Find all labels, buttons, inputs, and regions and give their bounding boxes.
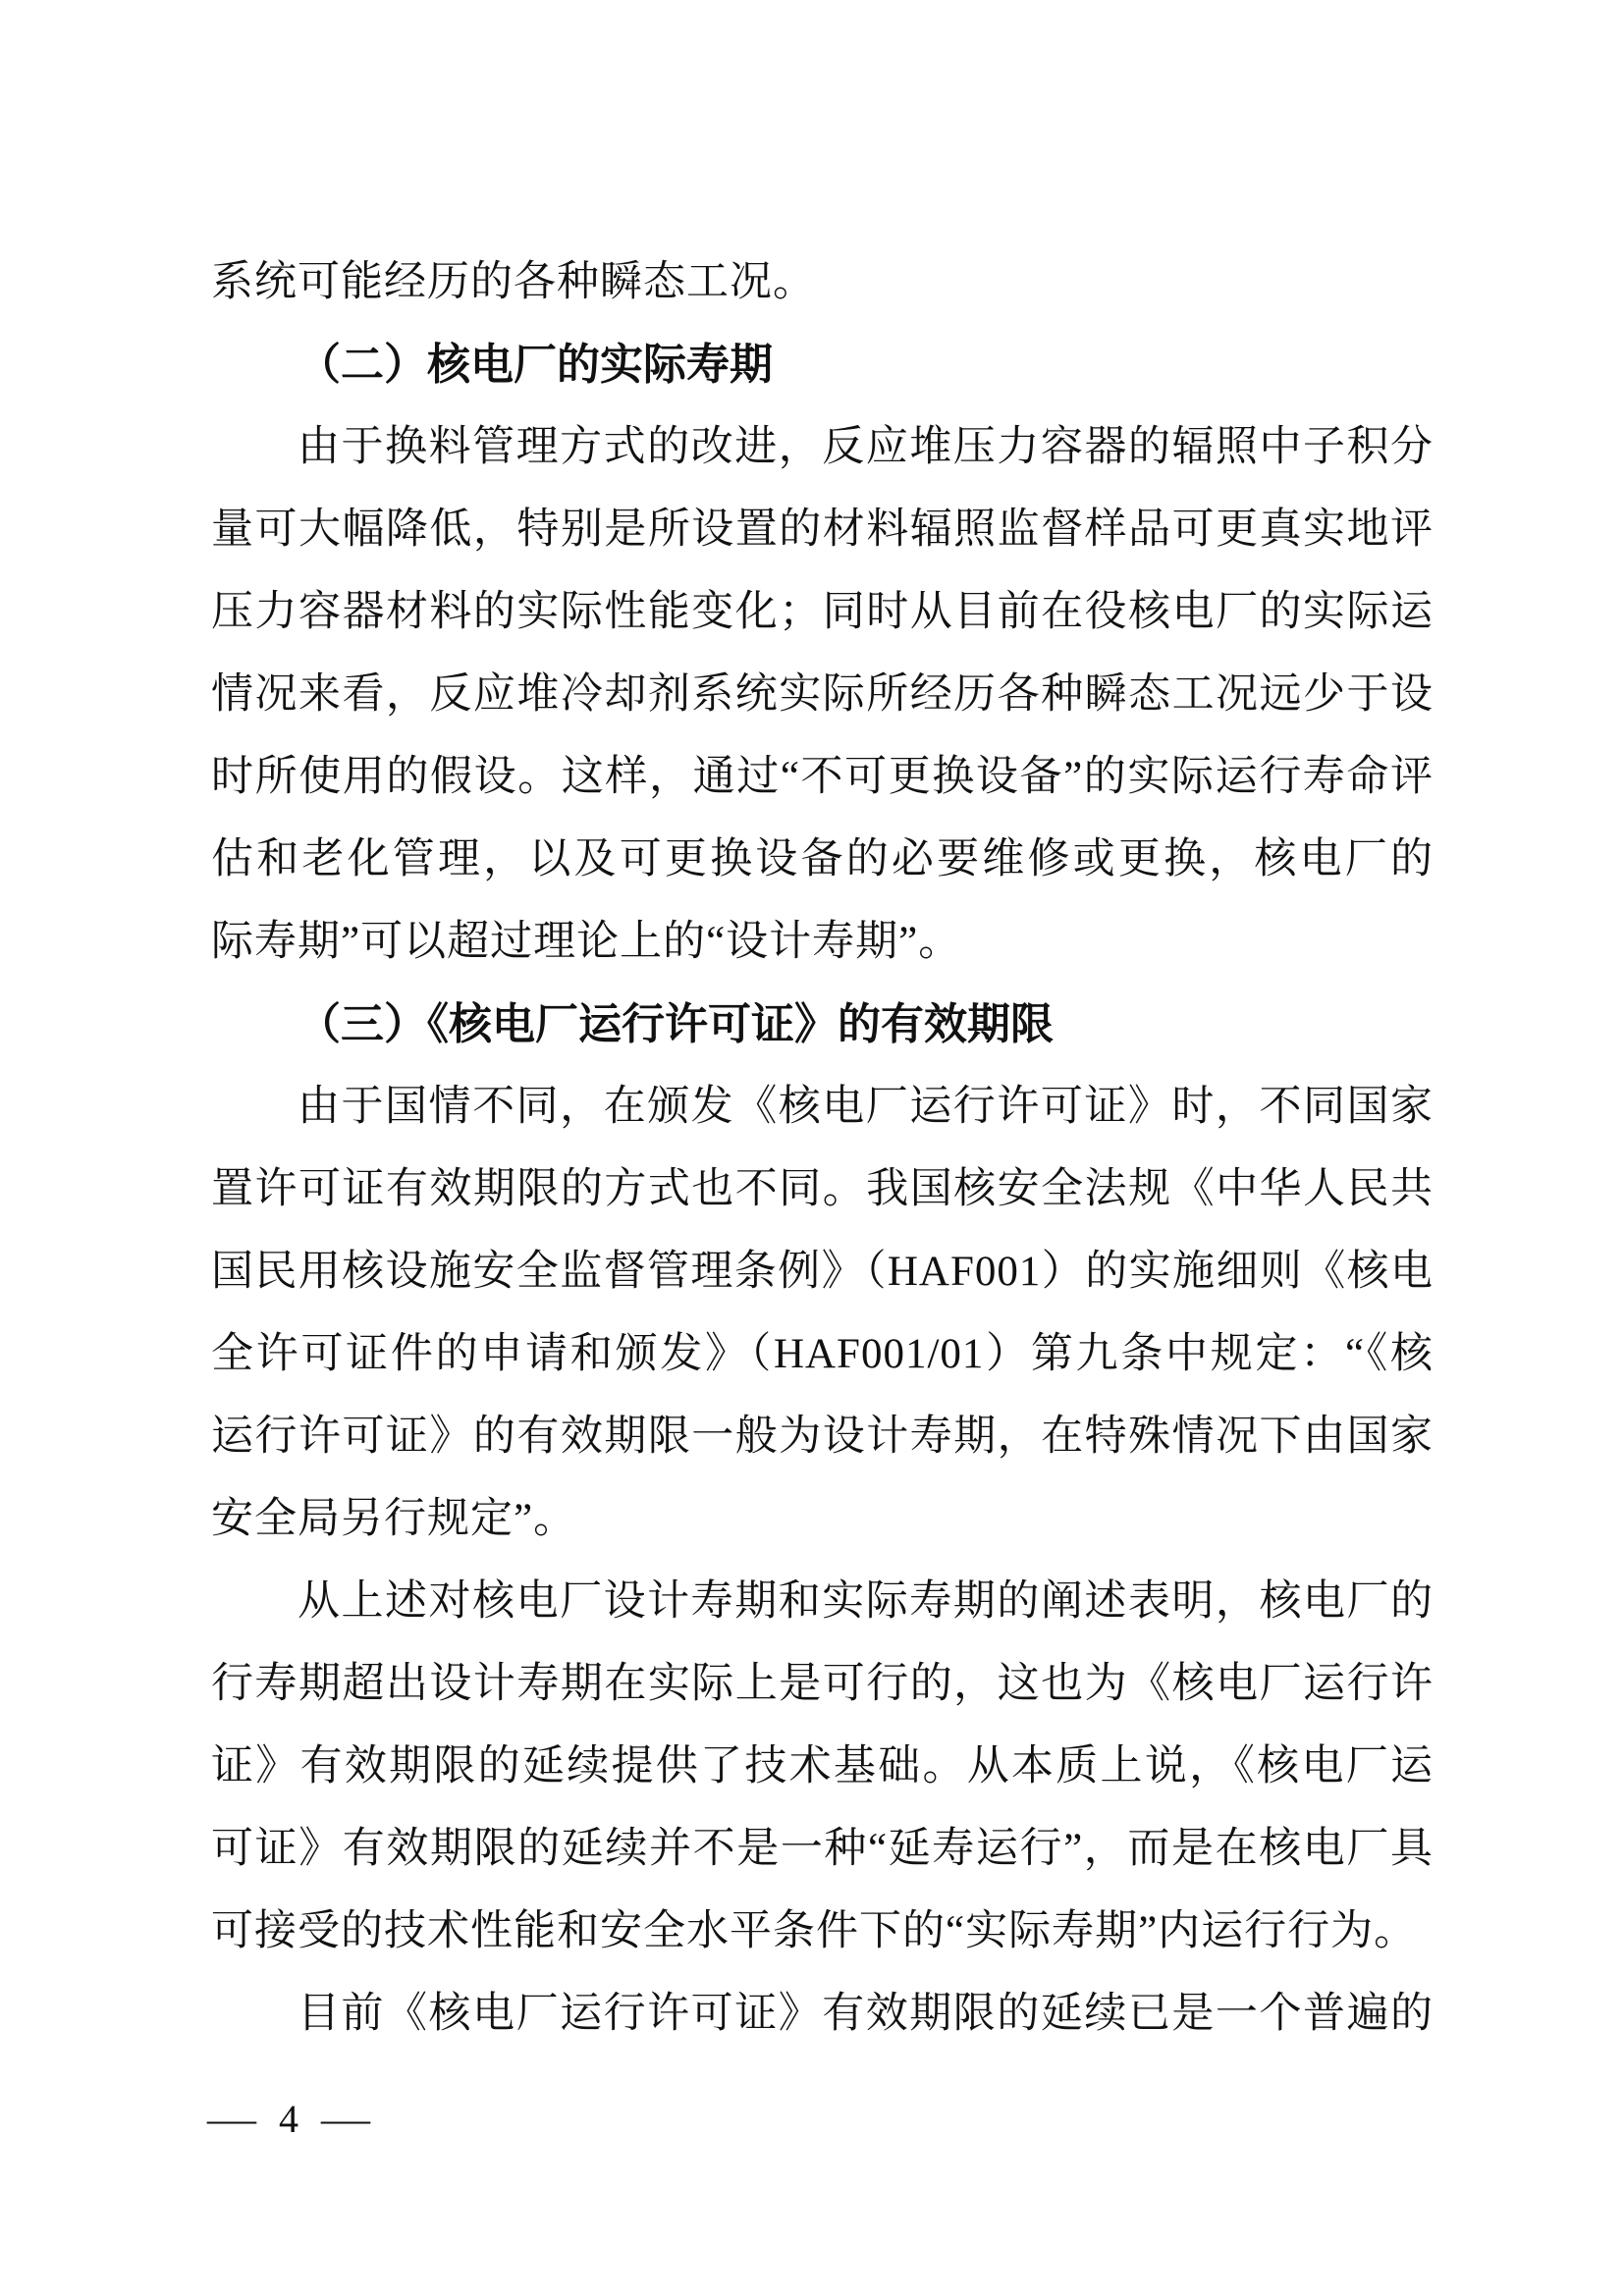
text-line: 压力容器材料的实际性能变化；同时从目前在役核电厂的实际运行: [211, 571, 1434, 654]
text-line: 由于换料管理方式的改进，反应堆压力容器的辐照中子积分注: [211, 406, 1434, 489]
page-number: 4: [279, 2096, 298, 2142]
text-line: 从上述对核电厂设计寿期和实际寿期的阐述表明，核电厂的运: [211, 1561, 1434, 1643]
text-line: 系统可能经历的各种瞬态工况。: [211, 241, 1434, 324]
text-line: 证》有效期限的延续提供了技术基础。从本质上说，《核电厂运行许: [211, 1726, 1434, 1808]
text-line: 际寿期”可以超过理论上的“设计寿期”。: [211, 901, 1434, 984]
text-line: 可接受的技术性能和安全水平条件下的“实际寿期”内运行行为。: [211, 1891, 1434, 1973]
text-line: 时所使用的假设。这样，通过“不可更换设备”的实际运行寿命评: [211, 736, 1434, 819]
text-line: 可证》有效期限的延续并不是一种“延寿运行”，而是在核电厂具有: [211, 1808, 1434, 1891]
text-line: 置许可证有效期限的方式也不同。我国核安全法规《中华人民共和: [211, 1148, 1434, 1231]
page-body-text: 系统可能经历的各种瞬态工况。（二）核电厂的实际寿期由于换料管理方式的改进，反应堆…: [211, 241, 1434, 2056]
footer-right-dash: —: [321, 2096, 370, 2142]
page-footer: — 4 —: [212, 2089, 365, 2148]
text-line: 目前《核电厂运行许可证》有效期限的延续已是一个普遍的国: [211, 1973, 1434, 2056]
text-line: 量可大幅降低，特别是所设置的材料辐照监督样品可更真实地评估: [211, 489, 1434, 571]
text-line: 行寿期超出设计寿期在实际上是可行的，这也为《核电厂运行许可: [211, 1643, 1434, 1726]
document-page: 系统可能经历的各种瞬态工况。（二）核电厂的实际寿期由于换料管理方式的改进，反应堆…: [0, 0, 1624, 2296]
text-line: 安全局另行规定”。: [211, 1478, 1434, 1561]
text-line: 由于国情不同，在颁发《核电厂运行许可证》时，不同国家设: [211, 1066, 1434, 1148]
footer-left-dash: —: [207, 2096, 256, 2142]
text-line: 全许可证件的申请和颁发》（HAF001/01）第九条中规定：“《核电厂: [211, 1313, 1434, 1396]
text-line: 估和老化管理，以及可更换设备的必要维修或更换，核电厂的“实: [211, 819, 1434, 901]
text-line: 情况来看，反应堆冷却剂系统实际所经历各种瞬态工况远少于设计: [211, 654, 1434, 736]
text-line: 运行许可证》的有效期限一般为设计寿期，在特殊情况下由国家核: [211, 1396, 1434, 1478]
section-heading: （二）核电厂的实际寿期: [211, 324, 1434, 406]
text-line: 国民用核设施安全监督管理条例》（HAF001）的实施细则《核电厂安: [211, 1231, 1434, 1313]
section-heading: （三）《核电厂运行许可证》的有效期限: [211, 984, 1434, 1066]
